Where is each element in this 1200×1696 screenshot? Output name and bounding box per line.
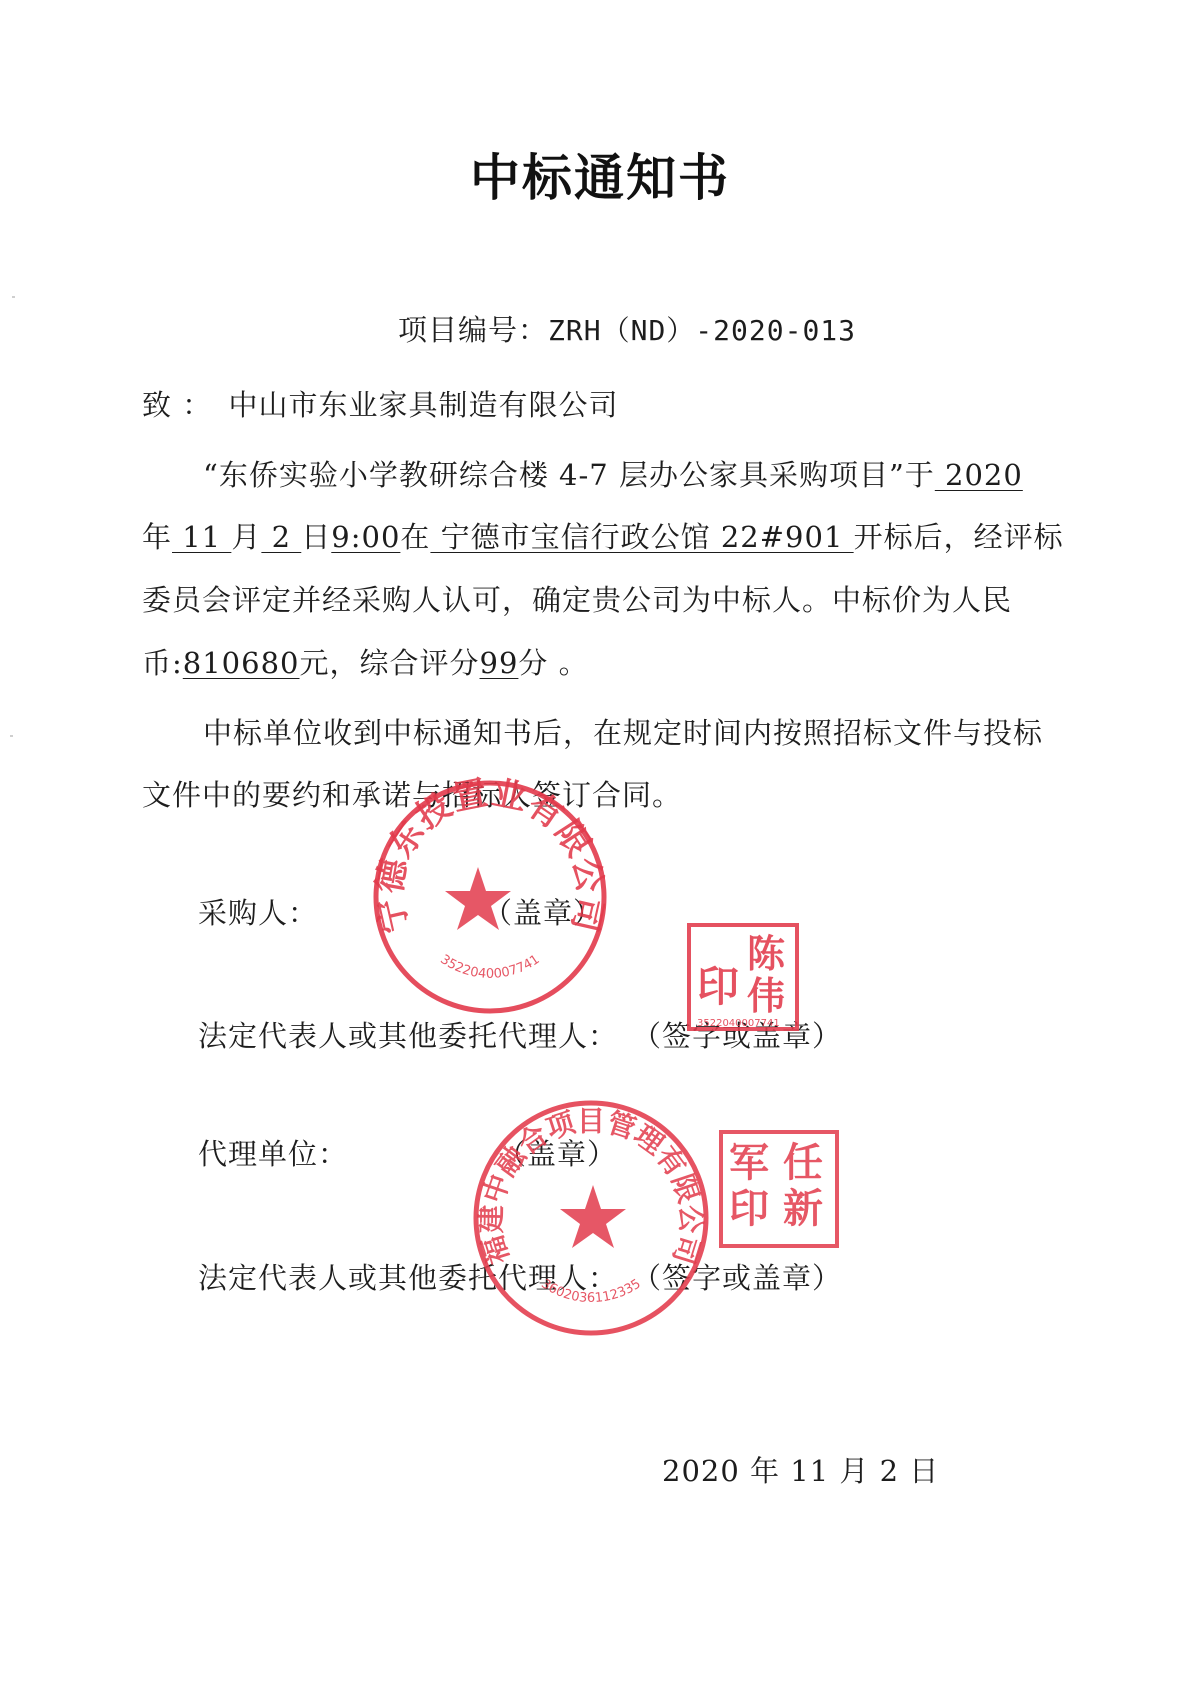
scan-speck [10, 735, 13, 737]
price-unit: 元，综合评分 [300, 646, 480, 680]
seal-char: 印 [729, 1186, 775, 1232]
currency-prefix: 币: [142, 646, 183, 680]
para1-line4: 币:810680元，综合评分99分 。 [142, 641, 589, 682]
open-time: 9:00 [331, 520, 400, 554]
legal-rep-label-2: 法定代表人或其他委托代理人： [198, 1256, 618, 1297]
svg-text:3522040007741: 3522040007741 [437, 952, 542, 982]
recipient-line: 致 ： 中山市东业家具制造有限公司 [142, 383, 618, 424]
open-day: 2 [261, 520, 301, 554]
seal-char: 伟 [747, 975, 791, 1017]
para1-line3: 委员会评定并经采购人认可，确定贵公司为中标人。中标价为人民 [142, 578, 1012, 619]
seal-char: 印 [697, 954, 739, 1014]
score-tail: 分 。 [518, 646, 588, 680]
para2-line2: 文件中的要约和承诺与招标人签订合同。 [142, 773, 682, 814]
agency-label: 代理单位： [198, 1132, 348, 1173]
agency-seal-placeholder: （盖章） [497, 1132, 617, 1173]
agency-rep-seal-icon: 任 新 军 印 [719, 1130, 839, 1248]
open-place: 宁德市宝信行政公馆 22#901 [430, 520, 853, 554]
open-month: 11 [172, 520, 231, 554]
line2-tail: 开标后，经评标 [854, 520, 1064, 554]
score-value: 99 [480, 646, 519, 680]
at-text: 在 [400, 520, 430, 554]
open-year: 2020 [935, 458, 1023, 492]
month-unit: 月 [231, 520, 261, 554]
scan-speck [12, 296, 15, 298]
para2-line1: 中标单位收到中标通知书后，在规定时间内按照招标文件与投标 [203, 711, 1043, 752]
purchaser-seal-placeholder: （盖章） [483, 891, 603, 932]
seal-char: 新 [783, 1186, 829, 1232]
seal-char: 军 [729, 1140, 775, 1186]
recipient-name: 中山市东业家具制造有限公司 [228, 388, 618, 422]
para1-line2: 年 11 月 2 日9:00在 宁德市宝信行政公馆 22#901 开标后，经评标 [142, 515, 1064, 556]
year-unit: 年 [142, 520, 172, 554]
svg-text:福建中融合项目管理有限公司: 福建中融合项目管理有限公司 [475, 1104, 707, 1268]
sign-or-seal-placeholder-1: （签字或盖章） [632, 1014, 842, 1055]
para1-line1: “东侨实验小学教研综合楼 4-7 层办公家具采购项目”于 2020 [203, 453, 1023, 494]
project-number-label: 项目编号： [398, 313, 548, 347]
bid-price: 810680 [183, 646, 300, 680]
purchaser-label: 采购人： [198, 891, 318, 932]
document-title: 中标通知书 [0, 138, 1200, 210]
legal-rep-label-1: 法定代表人或其他委托代理人： [198, 1014, 618, 1055]
seal-char: 陈 [747, 933, 791, 975]
sign-or-seal-placeholder-2: （签字或盖章） [632, 1256, 842, 1297]
issue-date: 2020 年 11 月 2 日 [662, 1449, 939, 1490]
project-number-value: ZRH（ND）-2020-013 [548, 314, 856, 347]
project-number: 项目编号：ZRH（ND）-2020-013 [398, 308, 856, 349]
day-unit: 日 [301, 520, 331, 554]
to-label: 致 ： [142, 388, 212, 422]
project-name-text: “东侨实验小学教研综合楼 4-7 层办公家具采购项目”于 [203, 458, 935, 492]
seal-char: 任 [783, 1140, 829, 1186]
